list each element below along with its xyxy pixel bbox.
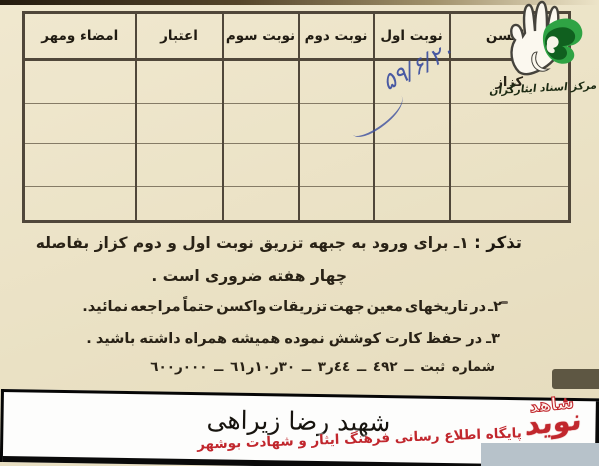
archive-watermark: مرکز اسناد ایثارگران [503, 0, 597, 106]
registration-line: شماره ثبت ــ ٤٩٢ ــ ٤٤ر٣ ــ ٣٠ر١٠ر٦١ ــ … [150, 359, 495, 375]
vaccine-name-cell [450, 104, 570, 144]
navid-shahed-logo-word: نوید [516, 404, 591, 441]
empty-cell [374, 144, 450, 187]
scanner-corner [481, 443, 599, 466]
empty-cell [223, 104, 299, 144]
table-row [24, 144, 570, 187]
table-header-row: واکسن نوبت اول نوبت دوم نوبت سوم اعتبار … [24, 13, 570, 60]
col-header-signature: امضاء ومهر [24, 13, 136, 60]
note-line-1: تذکر : ۱ـ برای ورود به جبهه تزریق نوبت ا… [36, 233, 522, 252]
empty-cell [136, 144, 223, 187]
empty-cell [374, 187, 450, 222]
empty-cell [299, 187, 374, 222]
col-header-dose2: نوبت دوم [299, 13, 374, 60]
scanned-vaccination-card: واکسن نوبت اول نوبت دوم نوبت سوم اعتبار … [0, 0, 599, 466]
empty-cell [136, 104, 223, 144]
vaccination-table: واکسن نوبت اول نوبت دوم نوبت سوم اعتبار … [22, 11, 571, 223]
vaccination-table-grid: واکسن نوبت اول نوبت دوم نوبت سوم اعتبار … [22, 11, 571, 223]
scan-speck [501, 301, 508, 304]
empty-cell [223, 60, 299, 104]
vaccine-name-cell [450, 144, 570, 187]
empty-cell [24, 104, 136, 144]
empty-cell [299, 144, 374, 187]
table-row [24, 187, 570, 222]
vaccine-name-cell [450, 187, 570, 222]
scan-smudge [552, 369, 599, 389]
empty-cell [136, 187, 223, 222]
hand-dove-logo-icon [503, 0, 597, 82]
col-header-validity: اعتبار [136, 13, 223, 60]
table-row: کزاز [24, 60, 570, 104]
archive-caption: مرکز اسناد ایثارگران [502, 79, 597, 96]
empty-cell [24, 144, 136, 187]
empty-cell [223, 144, 299, 187]
note-line-1-continued: چهار هفته ضروری است . [151, 267, 347, 285]
note-label: تذکر : [474, 233, 522, 252]
empty-cell [223, 187, 299, 222]
note-line-3: ۳ـ در حفظ کارت کوشش نموده همیشه همراه دا… [86, 331, 500, 347]
col-header-dose3: نوبت سوم [223, 13, 299, 60]
empty-cell [24, 60, 136, 104]
empty-cell [24, 187, 136, 222]
navid-shahed-logo: شاهد نوید [514, 393, 592, 441]
note-line-2: ۲ـ در تاریخهای معین جهت تزریقات واکسن حت… [82, 299, 502, 315]
empty-cell [136, 60, 223, 104]
strip-bottom-border [3, 456, 483, 466]
table-row [24, 104, 570, 144]
